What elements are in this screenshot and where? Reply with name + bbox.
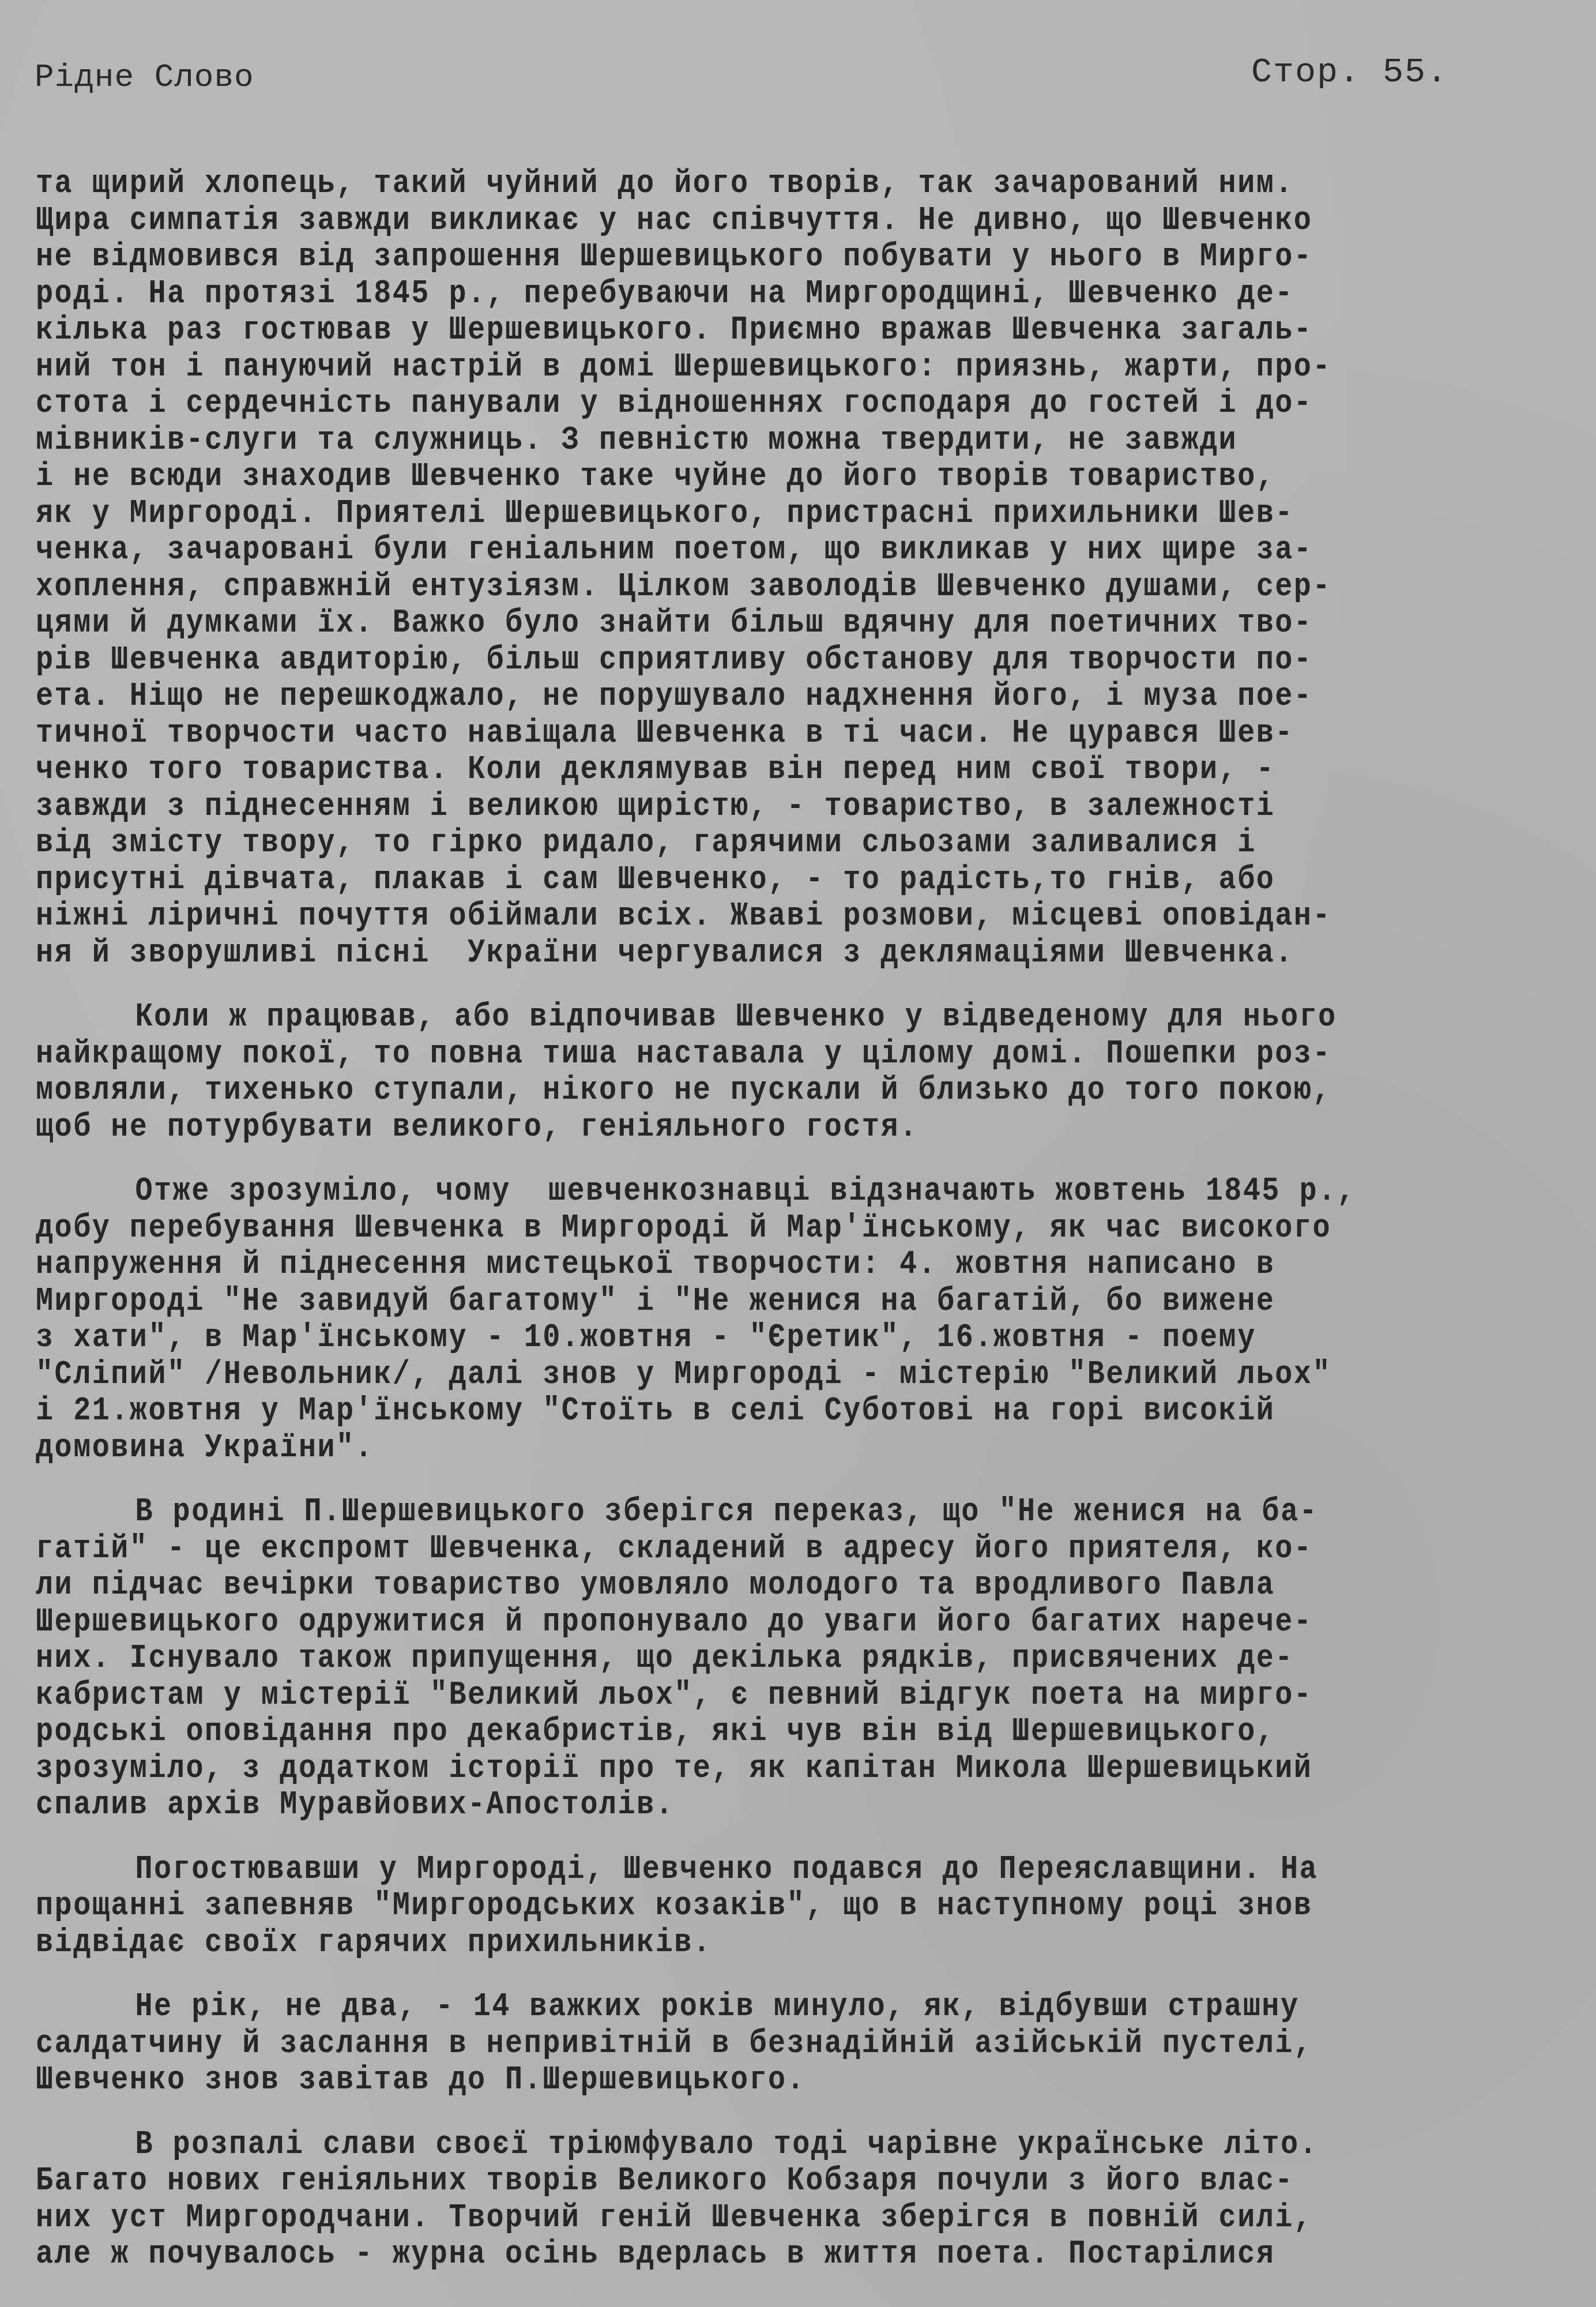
text-line: відвідає своїх гарячих прихильників. [36, 1925, 1386, 1962]
text-line: В родині П.Шершевицького зберігся перека… [36, 1494, 1386, 1531]
text-line: не відмовився від запрошення Шершевицько… [36, 239, 1386, 276]
text-line: але ж почувалось - журна осінь вдерлась … [36, 2237, 1386, 2274]
text-line: Миргороді "Не завидуй багатому" і "Не же… [36, 1284, 1386, 1321]
text-line: рів Шевченка авдиторію, більш сприятливу… [36, 642, 1386, 679]
text-line: Отже зрозуміло, чому шевченкознавці відз… [36, 1174, 1386, 1211]
text-line: завжди з піднесенням і великою щирістю, … [36, 789, 1386, 826]
text-line: ченка, зачаровані були геніальним поетом… [36, 532, 1386, 569]
text-line: кілька раз гостював у Шершевицького. При… [36, 313, 1386, 350]
text-line: добу перебування Шевченка в Миргороді й … [36, 1211, 1386, 1248]
text-line: хоплення, справжній ентузіязм. Цілком за… [36, 569, 1386, 606]
text-line: і 21.жовтня у Мар'їнському "Стоїть в сел… [36, 1393, 1386, 1430]
text-line: Багато нових геніяльних творів Великого … [36, 2163, 1386, 2200]
paragraph: В розпалі слави своєї тріюмфувало тоді ч… [36, 2127, 1569, 2274]
text-line: гатій" - це експромт Шевченка, складений… [36, 1531, 1386, 1568]
text-line: тичної творчости часто навіщала Шевченка… [36, 716, 1386, 753]
page-header: Рідне Слово Стор. 55. [35, 53, 1596, 93]
page-number: Стор. 55. [1251, 53, 1448, 92]
text-line: Не рік, не два, - 14 важких років минуло… [36, 1989, 1386, 2026]
text-line: та щирий хлопець, такий чуйний до його т… [36, 166, 1386, 203]
text-line: ніжні ліричні почуття обіймали всіх. Жва… [36, 899, 1386, 935]
text-line: родські оповідання про декабристів, які … [36, 1714, 1386, 1751]
text-line: ета. Ніщо не перешкоджало, не порушувало… [36, 679, 1386, 716]
text-line: зрозуміло, з додатком історії про те, як… [36, 1751, 1386, 1788]
paragraph: Погостювавши у Миргороді, Шевченко подав… [36, 1852, 1569, 1962]
text-line: них уст Миргородчани. Творчий геній Шевч… [36, 2200, 1386, 2237]
text-line: стота і сердечність панували у відношенн… [36, 386, 1386, 423]
paragraph: Коли ж працював, або відпочивав Шевченко… [36, 1000, 1569, 1146]
text-line: присутні дівчата, плакав і сам Шевченко,… [36, 862, 1386, 899]
text-line: від змісту твору, то гірко ридало, гаряч… [36, 825, 1386, 862]
text-line: кабристам у містерії "Великий льох", є п… [36, 1678, 1386, 1715]
text-line: роді. На протязі 1845 р., перебуваючи на… [36, 276, 1386, 313]
text-line: найкращому покої, то повна тиша наставал… [36, 1036, 1386, 1073]
text-line: напруження й піднесення мистецької творч… [36, 1247, 1386, 1284]
text-line: і не всюди знаходив Шевченко таке чуйне … [36, 459, 1386, 496]
text-line: Коли ж працював, або відпочивав Шевченко… [36, 1000, 1386, 1036]
text-line: як у Миргороді. Приятелі Шершевицького, … [36, 496, 1386, 533]
paragraph: та щирий хлопець, такий чуйний до його т… [36, 166, 1569, 972]
text-line: цями й думками їх. Важко було знайти біл… [36, 606, 1386, 642]
text-line: мівників-слуги та служниць. З певністю м… [36, 423, 1386, 460]
text-line: Щира симпатія завжди викликає у нас спів… [36, 203, 1386, 240]
typewritten-page: Рідне Слово Стор. 55. та щирий хлопець, … [0, 0, 1596, 2307]
text-line: ченко того товариства. Коли деклямував в… [36, 752, 1386, 789]
paragraph: Не рік, не два, - 14 важких років минуло… [36, 1989, 1569, 2099]
text-line: з хати", в Мар'їнському - 10.жовтня - "Є… [36, 1320, 1386, 1357]
paragraph: Отже зрозуміло, чому шевченкознавці відз… [36, 1174, 1569, 1467]
paragraph: В родині П.Шершевицького зберігся перека… [36, 1494, 1569, 1824]
document-body: та щирий хлопець, такий чуйний до його т… [36, 166, 1569, 2274]
text-line: них. Існувало також припущення, що декіл… [36, 1641, 1386, 1678]
text-line: салдатчину й заслання в непривітній в бе… [36, 2026, 1386, 2063]
text-line: ня й зворушливі пісні України чергувалис… [36, 935, 1386, 972]
text-line: мовляли, тихенько ступали, нікого не пус… [36, 1073, 1386, 1110]
text-line: Шевченко знов завітав до П.Шершевицького… [36, 2062, 1386, 2099]
text-line: щоб не потурбувати великого, геніяльного… [36, 1110, 1386, 1147]
text-line: В розпалі слави своєї тріюмфувало тоді ч… [36, 2127, 1386, 2164]
text-line: домовина України". [36, 1430, 1386, 1467]
text-line: прощанні запевняв "Миргородських козаків… [36, 1888, 1386, 1925]
text-line: "Сліпий" /Невольник/, далі знов у Миргор… [36, 1357, 1386, 1394]
publication-title: Рідне Слово [35, 59, 254, 96]
text-line: спалив архів Муравйових-Апостолів. [36, 1787, 1386, 1824]
text-line: ний тон і пануючий настрій в домі Шершев… [36, 350, 1386, 386]
text-line: ли підчас вечірки товариство умовляло мо… [36, 1568, 1386, 1605]
text-line: Погостювавши у Миргороді, Шевченко подав… [36, 1852, 1386, 1889]
text-line: Шершевицького одружитися й пропонувало д… [36, 1605, 1386, 1641]
